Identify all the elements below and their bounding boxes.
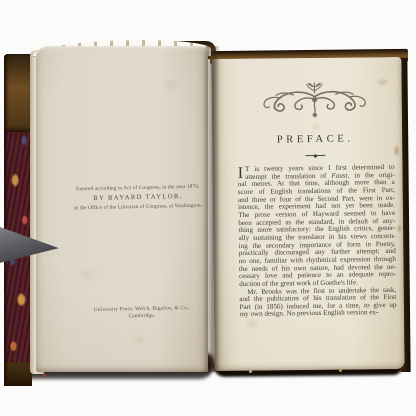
preface-body: IT is twenty years since I first determi…: [232, 164, 402, 319]
book-gutter: [203, 46, 220, 372]
printer-imprint: University Press: Welch, Bigelow, & Co.,…: [76, 305, 208, 321]
paragraph: IT is twenty years since I first determi…: [238, 164, 397, 289]
marbled-cover-edge: [4, 54, 32, 386]
leather-corner-top: [4, 54, 32, 132]
book-photo: Entered according to Act of Congress, in…: [0, 0, 416, 416]
headpiece-ornament-icon: [261, 79, 368, 121]
preface-page-content: PREFACE. IT is twenty years since I firs…: [230, 79, 401, 319]
page-title: PREFACE.: [231, 133, 399, 146]
author-byline: BY BAYARD TAYLOR,: [72, 192, 204, 203]
copyright-line: Entered according to Act of Congress, in…: [72, 184, 204, 193]
copyright-block: Entered according to Act of Congress, in…: [72, 184, 204, 212]
section-divider: [305, 155, 325, 156]
leather-corner-bottom: [4, 362, 32, 386]
drop-cap: I: [238, 166, 246, 180]
marbled-edge-glints: [0, 0, 1, 1]
paragraph: Mr. Brooks was the first to undertake th…: [239, 286, 396, 319]
